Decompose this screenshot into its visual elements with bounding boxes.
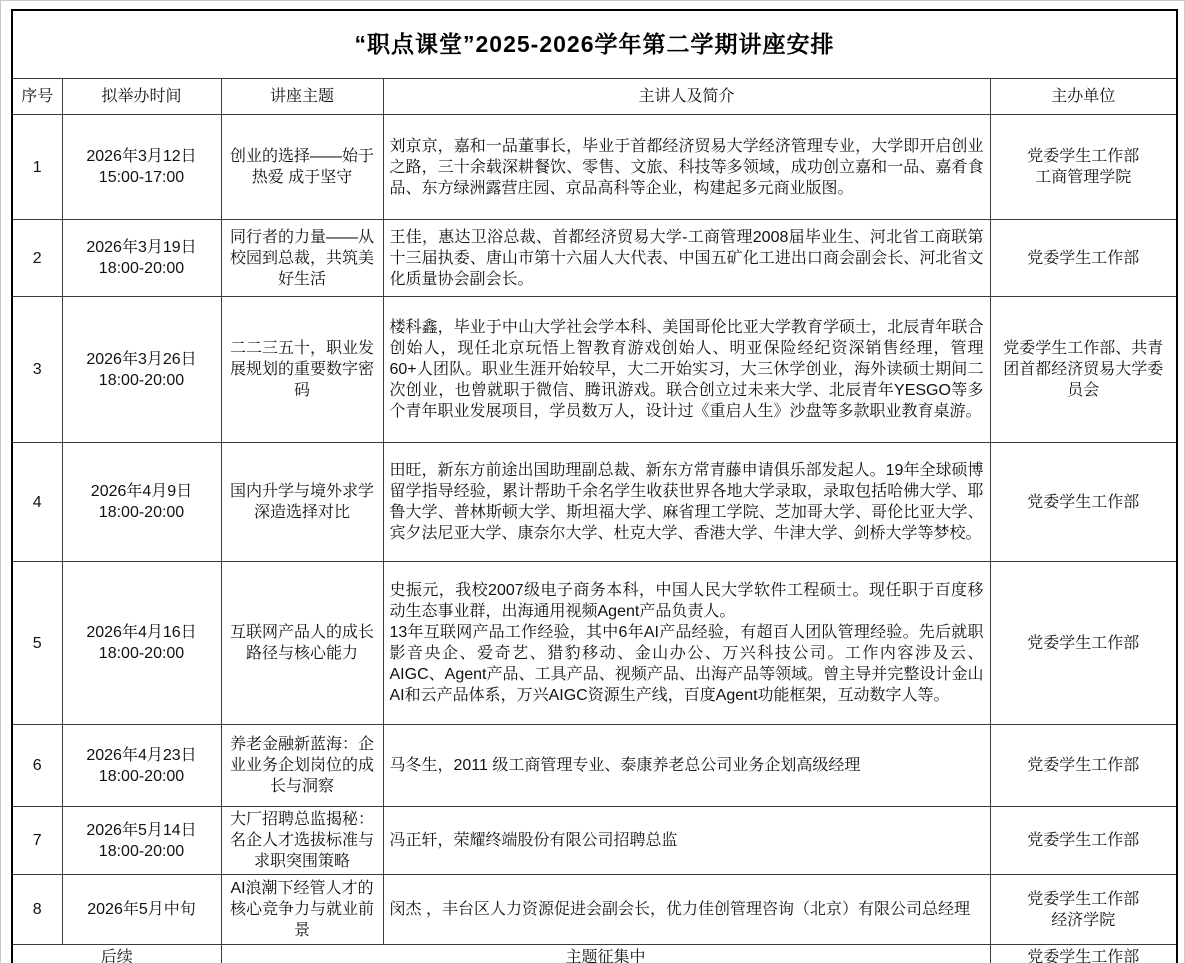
cell-speaker: 闵杰 ，丰台区人力资源促进会副会长，优力佳创管理咨询（北京）有限公司总经理 bbox=[383, 875, 990, 945]
table-row: 6 2026年4月23日 18:00-20:00 养老金融新蓝海：企业业务企划岗… bbox=[12, 725, 1177, 807]
table-row: 2 2026年3月19日 18:00-20:00 同行者的力量——从校园到总裁，… bbox=[12, 220, 1177, 297]
table-row: 7 2026年5月14日 18:00-20:00 大厂招聘总监揭秘：名企人才选拔… bbox=[12, 807, 1177, 875]
cell-organizer: 党委学生工作部 bbox=[990, 443, 1177, 562]
cell-no: 6 bbox=[12, 725, 62, 807]
col-header-topic: 讲座主题 bbox=[221, 79, 383, 115]
cell-topic: 同行者的力量——从校园到总裁，共筑美好生活 bbox=[221, 220, 383, 297]
cell-organizer: 党委学生工作部 经济学院 bbox=[990, 875, 1177, 945]
cell-speaker: 楼科鑫，毕业于中山大学社会学本科、美国哥伦比亚大学教育学硕士，北辰青年联合创始人… bbox=[383, 297, 990, 443]
cell-speaker: 田旺，新东方前途出国助理副总裁、新东方常青藤申请俱乐部发起人。19年全球硕博留学… bbox=[383, 443, 990, 562]
footer-content: 主题征集中 bbox=[221, 945, 990, 964]
table-row: 5 2026年4月16日 18:00-20:00 互联网产品人的成长路径与核心能… bbox=[12, 562, 1177, 725]
cell-no: 7 bbox=[12, 807, 62, 875]
table-row: 3 2026年3月26日 18:00-20:00 二二三五十，职业发展规划的重要… bbox=[12, 297, 1177, 443]
cell-speaker: 刘京京，嘉和一品董事长，毕业于首都经济贸易大学经济管理专业，大学即开启创业之路，… bbox=[383, 115, 990, 220]
col-header-no: 序号 bbox=[12, 79, 62, 115]
footer-organizer: 党委学生工作部 bbox=[990, 945, 1177, 964]
cell-organizer: 党委学生工作部、共青团首都经济贸易大学委员会 bbox=[990, 297, 1177, 443]
cell-topic: 二二三五十，职业发展规划的重要数字密码 bbox=[221, 297, 383, 443]
title-row: “职点课堂”2025-2026学年第二学期讲座安排 bbox=[12, 10, 1177, 79]
footer-row: 后续 主题征集中 党委学生工作部 bbox=[12, 945, 1177, 964]
cell-speaker: 冯正轩，荣耀终端股份有限公司招聘总监 bbox=[383, 807, 990, 875]
cell-organizer: 党委学生工作部 bbox=[990, 562, 1177, 725]
cell-no: 1 bbox=[12, 115, 62, 220]
cell-time: 2026年3月12日 15:00-17:00 bbox=[62, 115, 221, 220]
cell-time: 2026年5月中旬 bbox=[62, 875, 221, 945]
cell-speaker: 马冬生，2011 级工商管理专业、泰康养老总公司业务企划高级经理 bbox=[383, 725, 990, 807]
cell-no: 4 bbox=[12, 443, 62, 562]
cell-time: 2026年4月9日 18:00-20:00 bbox=[62, 443, 221, 562]
document-page: “职点课堂”2025-2026学年第二学期讲座安排 序号 拟举办时间 讲座主题 … bbox=[0, 0, 1185, 964]
cell-organizer: 党委学生工作部 bbox=[990, 807, 1177, 875]
page-title: “职点课堂”2025-2026学年第二学期讲座安排 bbox=[12, 10, 1177, 79]
cell-time: 2026年4月23日 18:00-20:00 bbox=[62, 725, 221, 807]
cell-organizer: 党委学生工作部 工商管理学院 bbox=[990, 115, 1177, 220]
col-header-organizer: 主办单位 bbox=[990, 79, 1177, 115]
cell-organizer: 党委学生工作部 bbox=[990, 220, 1177, 297]
cell-no: 2 bbox=[12, 220, 62, 297]
table-row: 1 2026年3月12日 15:00-17:00 创业的选择——始于热爱 成于坚… bbox=[12, 115, 1177, 220]
cell-topic: 互联网产品人的成长路径与核心能力 bbox=[221, 562, 383, 725]
lecture-schedule-table: “职点课堂”2025-2026学年第二学期讲座安排 序号 拟举办时间 讲座主题 … bbox=[11, 9, 1178, 964]
table-row: 8 2026年5月中旬 AI浪潮下经管人才的核心竞争力与就业前景 闵杰 ，丰台区… bbox=[12, 875, 1177, 945]
cell-no: 5 bbox=[12, 562, 62, 725]
cell-organizer: 党委学生工作部 bbox=[990, 725, 1177, 807]
cell-time: 2026年4月16日 18:00-20:00 bbox=[62, 562, 221, 725]
cell-topic: 养老金融新蓝海：企业业务企划岗位的成长与洞察 bbox=[221, 725, 383, 807]
cell-no: 8 bbox=[12, 875, 62, 945]
cell-topic: AI浪潮下经管人才的核心竞争力与就业前景 bbox=[221, 875, 383, 945]
cell-topic: 创业的选择——始于热爱 成于坚守 bbox=[221, 115, 383, 220]
col-header-speaker: 主讲人及简介 bbox=[383, 79, 990, 115]
header-row: 序号 拟举办时间 讲座主题 主讲人及简介 主办单位 bbox=[12, 79, 1177, 115]
col-header-time: 拟举办时间 bbox=[62, 79, 221, 115]
cell-no: 3 bbox=[12, 297, 62, 443]
cell-speaker: 史振元，我校2007级电子商务本科，中国人民大学软件工程硕士。现任职于百度移动生… bbox=[383, 562, 990, 725]
footer-label: 后续 bbox=[12, 945, 221, 964]
table-row: 4 2026年4月9日 18:00-20:00 国内升学与境外求学深造选择对比 … bbox=[12, 443, 1177, 562]
cell-topic: 国内升学与境外求学深造选择对比 bbox=[221, 443, 383, 562]
cell-time: 2026年5月14日 18:00-20:00 bbox=[62, 807, 221, 875]
cell-topic: 大厂招聘总监揭秘：名企人才选拔标准与求职突围策略 bbox=[221, 807, 383, 875]
cell-time: 2026年3月26日 18:00-20:00 bbox=[62, 297, 221, 443]
cell-time: 2026年3月19日 18:00-20:00 bbox=[62, 220, 221, 297]
cell-speaker: 王佳，惠达卫浴总裁、首都经济贸易大学-工商管理2008届毕业生、河北省工商联第十… bbox=[383, 220, 990, 297]
